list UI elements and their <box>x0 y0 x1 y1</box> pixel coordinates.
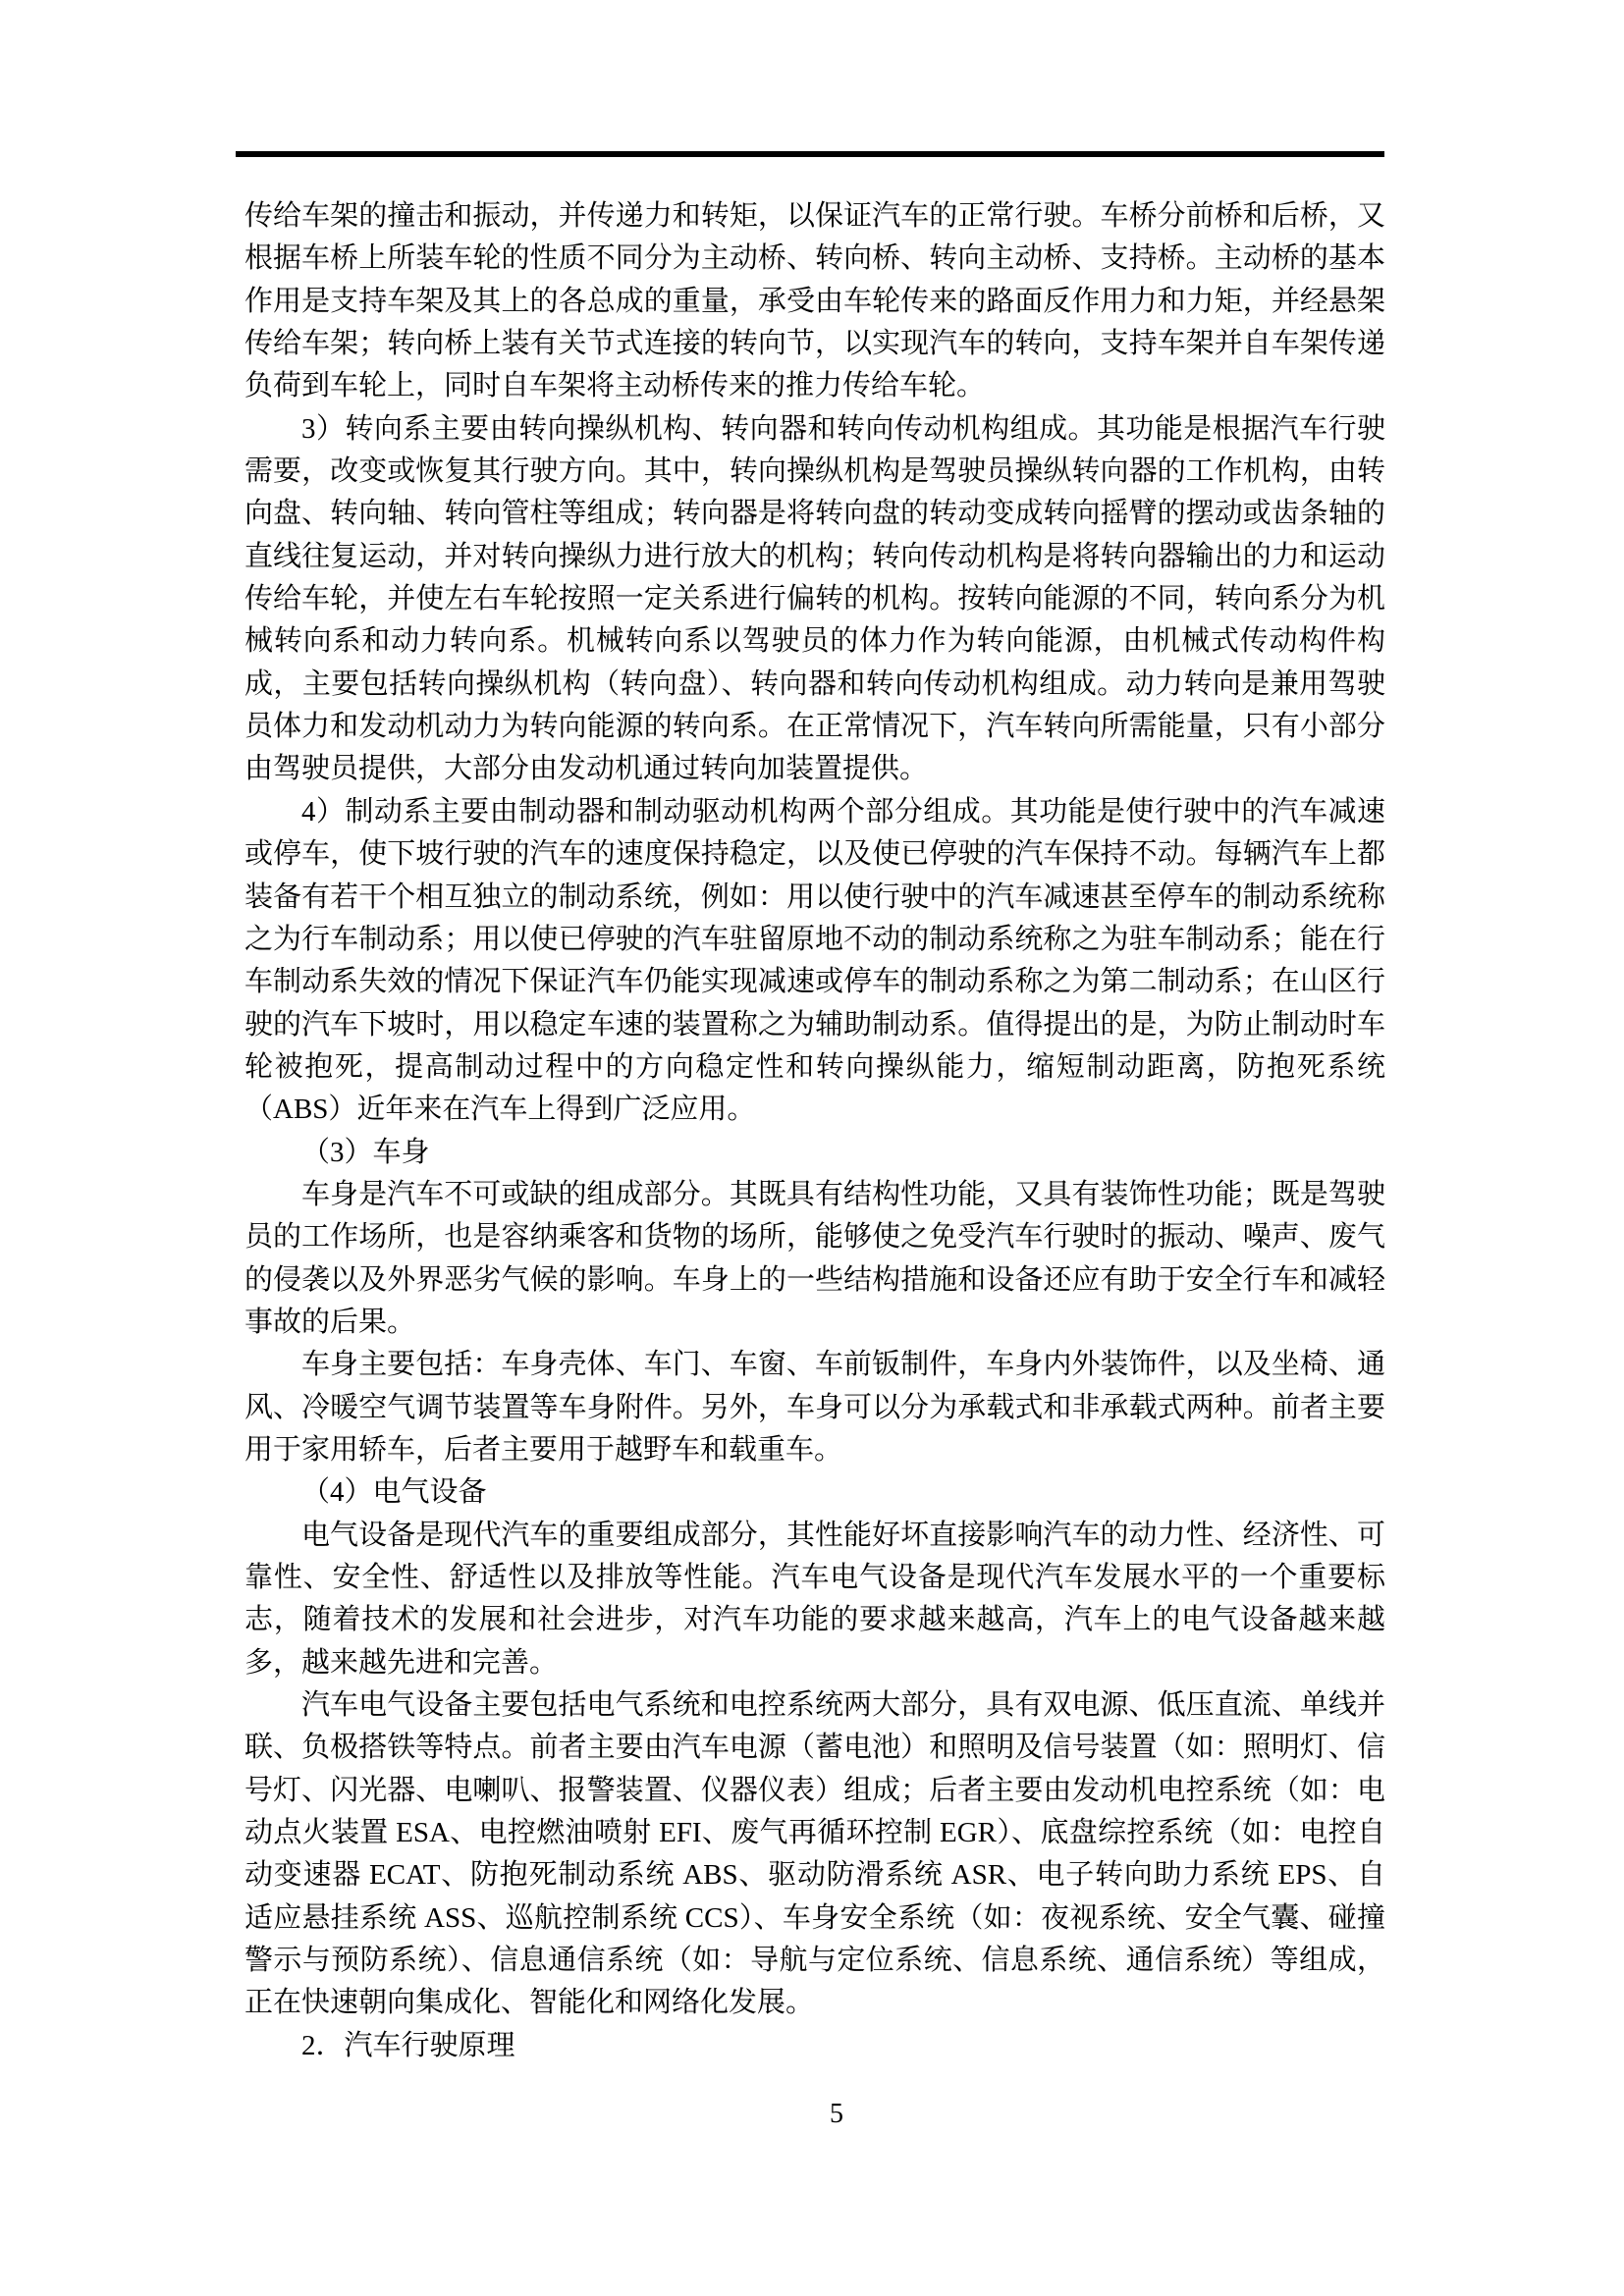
para-axle-continuation: 传给车架的撞击和振动，并传递力和转矩，以保证汽车的正常行驶。车桥分前桥和后桥，又… <box>244 195 1385 408</box>
para-braking-system: 4）制动系主要由制动器和制动驱动机构两个部分组成。其功能是使行驶中的汽车减速或停… <box>244 791 1385 1132</box>
heading-car-body: （3）车身 <box>244 1132 1385 1174</box>
heading-driving-principle: 2．汽车行驶原理 <box>244 2025 1385 2067</box>
heading-electrical-equipment: （4）电气设备 <box>244 1471 1385 1514</box>
para-electrical-importance: 电气设备是现代汽车的重要组成部分，其性能好坏直接影响汽车的动力性、经济性、可靠性… <box>244 1515 1385 1684</box>
para-body-components: 车身主要包括：车身壳体、车门、车窗、车前钣制件，车身内外装饰件，以及坐椅、通风、… <box>244 1344 1385 1471</box>
document-text-body: 传给车架的撞击和振动，并传递力和转矩，以保证汽车的正常行驶。车桥分前桥和后桥，又… <box>244 195 1385 2067</box>
para-steering-system: 3）转向系主要由转向操纵机构、转向器和转向传动机构组成。其功能是根据汽车行驶需要… <box>244 408 1385 791</box>
para-electrical-composition: 汽车电气设备主要包括电气系统和电控系统两大部分，具有双电源、低压直流、单线并联、… <box>244 1684 1385 2025</box>
page-number: 5 <box>830 2100 843 2130</box>
page-header-rule <box>236 151 1384 157</box>
para-body-functions: 车身是汽车不可或缺的组成部分。其既具有结构性功能，又具有装饰性功能；既是驾驶员的… <box>244 1174 1385 1344</box>
document-page: { "page": { "number": "5" }, "content": … <box>0 0 1624 2296</box>
